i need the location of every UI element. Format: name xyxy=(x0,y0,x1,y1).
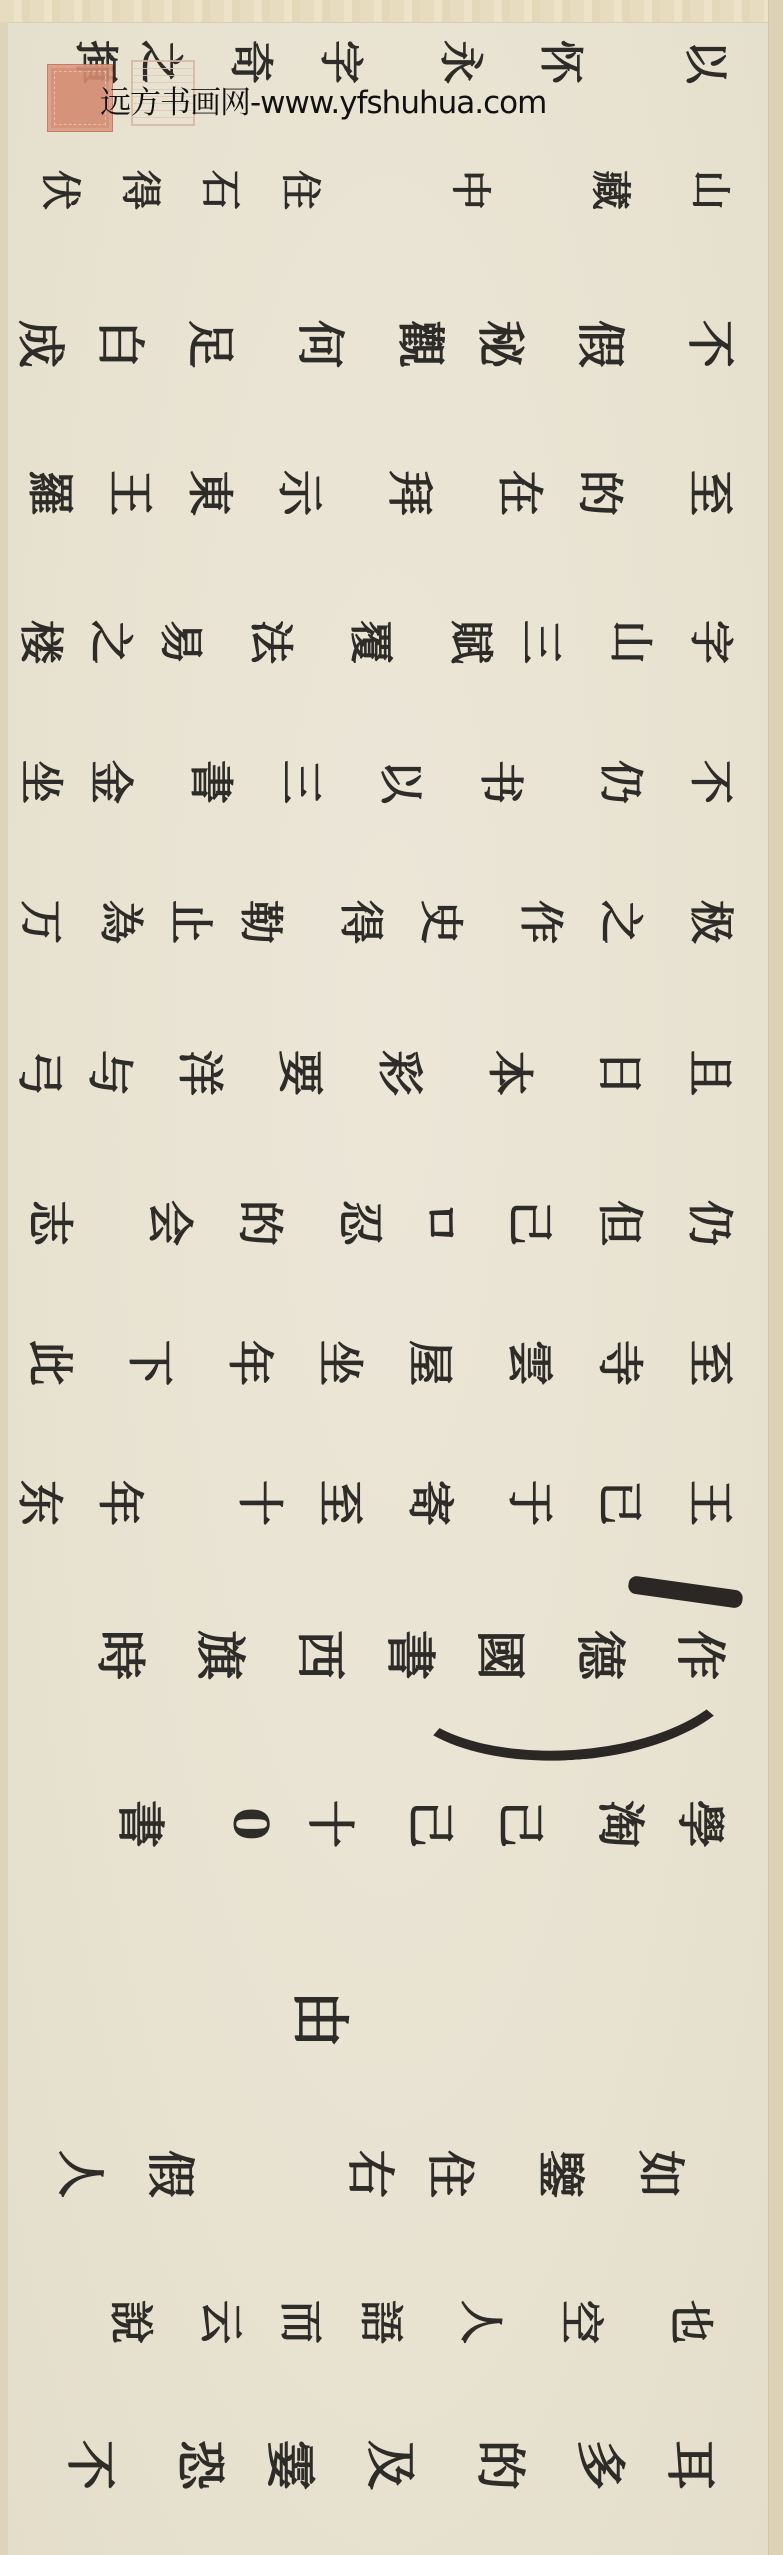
calligraphy-character: 此 xyxy=(27,1340,73,1386)
top-brocade-border xyxy=(0,0,768,23)
calligraphy-character: 為 xyxy=(98,900,142,944)
calligraphy-character: 作 xyxy=(518,900,562,944)
calligraphy-character: 法 xyxy=(248,620,292,664)
calligraphy-character: 勒 xyxy=(238,900,282,944)
calligraphy-character: 书 xyxy=(478,760,522,804)
calligraphy-character: 坐 xyxy=(18,760,62,804)
calligraphy-character: 要 xyxy=(277,1050,323,1096)
calligraphy-character: 不 xyxy=(65,2440,115,2490)
calligraphy-character: 山 xyxy=(608,620,652,664)
calligraphy-character: 說 xyxy=(108,2300,152,2344)
calligraphy-character: 坐 xyxy=(317,1340,363,1386)
calligraphy-character: 三 xyxy=(518,620,562,664)
calligraphy-character: 羅 xyxy=(27,470,73,516)
calligraphy-character: 秘 xyxy=(476,320,524,368)
calligraphy-character: 鑒 xyxy=(536,2150,584,2198)
calligraphy-character: 楼 xyxy=(18,620,62,664)
calligraphy-character: 忍 xyxy=(337,1200,383,1246)
calligraphy-character: 書 xyxy=(116,1800,164,1848)
calligraphy-character: 的 xyxy=(577,470,623,516)
calligraphy-character: 時 xyxy=(95,1630,145,1680)
calligraphy-character: 假 xyxy=(576,320,624,368)
calligraphy-character: 0 xyxy=(226,1800,274,1848)
calligraphy-character: 己 xyxy=(507,1200,553,1246)
calligraphy-character: 覆 xyxy=(348,620,392,664)
calligraphy-character: 右 xyxy=(346,2150,394,2198)
calligraphy-character: 住 xyxy=(426,2150,474,2198)
calligraphy-character: 下 xyxy=(127,1340,173,1386)
calligraphy-character: 不 xyxy=(688,760,732,804)
calligraphy-character: 己 xyxy=(406,1800,454,1848)
calligraphy-character: 且 xyxy=(687,1050,733,1096)
calligraphy-character: 的 xyxy=(237,1200,283,1246)
calligraphy-character: 耳 xyxy=(665,2440,715,2490)
calligraphy-character: 王 xyxy=(687,1480,733,1526)
calligraphy-character: 書 xyxy=(188,760,232,804)
calligraphy-character: 金 xyxy=(88,760,132,804)
calligraphy-character: 如 xyxy=(636,2150,684,2198)
calligraphy-character: 而 xyxy=(278,2300,322,2344)
calligraphy-character: 旗 xyxy=(195,1630,245,1680)
calligraphy-character: 石 xyxy=(200,170,240,210)
calligraphy-character: 不 xyxy=(686,320,734,368)
calligraphy-character: 示 xyxy=(277,470,323,516)
calligraphy-character: 之 xyxy=(88,620,132,664)
calligraphy-character: 弓 xyxy=(17,1050,63,1096)
calligraphy-character: 奇 xyxy=(228,40,272,84)
calligraphy-character: 多 xyxy=(575,2440,625,2490)
calligraphy-character: 人 xyxy=(458,2300,502,2344)
calligraphy-character: 年 xyxy=(97,1480,143,1526)
calligraphy-character: 屋 xyxy=(407,1340,453,1386)
calligraphy-character: 得 xyxy=(338,900,382,944)
calligraphy-character: 永 xyxy=(438,40,482,84)
calligraphy-character: 以 xyxy=(378,760,422,804)
calligraphy-character: 藏 xyxy=(590,170,630,210)
calligraphy-character: 字 xyxy=(318,40,362,84)
calligraphy-character: 日 xyxy=(597,1050,643,1096)
calligraphy-character: 雲 xyxy=(507,1340,553,1386)
calligraphy-character: 學 xyxy=(676,1800,724,1848)
calligraphy-character: 住 xyxy=(280,170,320,210)
calligraphy-character: 東 xyxy=(187,470,233,516)
calligraphy-character: 霎 xyxy=(265,2440,315,2490)
calligraphy-character: 山 xyxy=(690,170,730,210)
watermark-text: 远方书画网-www.yfshuhua.com xyxy=(100,88,546,119)
calligraphy-character: 淘 xyxy=(596,1800,644,1848)
calligraphy-character: 怀 xyxy=(538,40,582,84)
calligraphy-character: 仍 xyxy=(687,1200,733,1246)
calligraphy-character: 王 xyxy=(107,470,153,516)
calligraphy-character: 志 xyxy=(27,1200,73,1246)
calligraphy-character: 及 xyxy=(365,2440,415,2490)
calligraphy-character: 已 xyxy=(597,1480,643,1526)
calligraphy-character: 中 xyxy=(450,170,490,210)
calligraphy-character: 空 xyxy=(558,2300,602,2344)
calligraphy-character: 伏 xyxy=(40,170,80,210)
calligraphy-character: 己 xyxy=(496,1800,544,1848)
calligraphy-character: 至 xyxy=(317,1480,363,1526)
calligraphy-character: 但 xyxy=(597,1200,643,1246)
right-mount-edge xyxy=(768,0,783,2555)
calligraphy-character: 年 xyxy=(227,1340,273,1386)
calligraphy-character: 人 xyxy=(56,2150,104,2198)
calligraphy-character: 会 xyxy=(147,1200,193,1246)
calligraphy-character: 由 xyxy=(291,1990,349,2048)
calligraphy-character: 三 xyxy=(278,760,322,804)
calligraphy-character: ㅁ xyxy=(417,1200,463,1246)
calligraphy-character: 何 xyxy=(296,320,344,368)
calligraphy-character: 仍 xyxy=(598,760,642,804)
calligraphy-character: 足 xyxy=(186,320,234,368)
calligraphy-character: 之 xyxy=(598,900,642,944)
calligraphy-character: 东 xyxy=(17,1480,63,1526)
calligraphy-character: 止 xyxy=(168,900,212,944)
calligraphy-character: 与 xyxy=(87,1050,133,1096)
calligraphy-character: 十 xyxy=(306,1800,354,1848)
calligraphy-character: 万 xyxy=(18,900,62,944)
calligraphy-character: 于 xyxy=(507,1480,553,1526)
calligraphy-character: 史 xyxy=(418,900,462,944)
calligraphy-character: 十 xyxy=(237,1480,283,1526)
calligraphy-character: 也 xyxy=(668,2300,712,2344)
calligraphy-character: 至 xyxy=(687,1340,733,1386)
calligraphy-character: 成 xyxy=(16,320,64,368)
calligraphy-character: 觀 xyxy=(396,320,444,368)
calligraphy-character: 在 xyxy=(497,470,543,516)
calligraphy-scroll-photo: 以怀永字奇之揮山藏中住石得伏不假秘觀何足白成至的在拜示東王羅字山三賦覆法易之楼不… xyxy=(0,0,783,2555)
calligraphy-character: 的 xyxy=(475,2440,525,2490)
calligraphy-character: 恐 xyxy=(175,2440,225,2490)
calligraphy-character: 本 xyxy=(487,1050,533,1096)
calligraphy-character: 白 xyxy=(96,320,144,368)
calligraphy-character: 語 xyxy=(358,2300,402,2344)
calligraphy-character: 以 xyxy=(683,40,727,84)
calligraphy-character: 寺 xyxy=(597,1340,643,1386)
calligraphy-character: 至 xyxy=(687,470,733,516)
calligraphy-character: 賦 xyxy=(448,620,492,664)
calligraphy-character: 极 xyxy=(688,900,732,944)
calligraphy-character: 西 xyxy=(295,1630,345,1680)
calligraphy-character: 易 xyxy=(158,620,202,664)
calligraphy-character: 彩 xyxy=(377,1050,423,1096)
calligraphy-character: 云 xyxy=(198,2300,242,2344)
calligraphy-character: 字 xyxy=(688,620,732,664)
calligraphy-character: 拜 xyxy=(387,470,433,516)
calligraphy-character: 假 xyxy=(146,2150,194,2198)
calligraphy-character: 寄 xyxy=(407,1480,453,1526)
calligraphy-character: 洋 xyxy=(177,1050,223,1096)
calligraphy-character: 得 xyxy=(120,170,160,210)
left-mount-edge xyxy=(0,22,8,2555)
